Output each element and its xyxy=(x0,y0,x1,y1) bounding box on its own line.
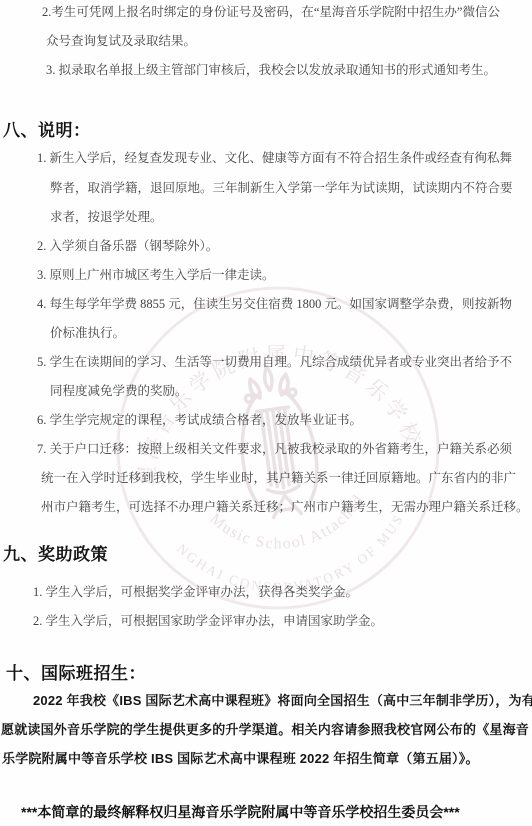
section-8-line: 7. 关于户口迁移：按照上级相关文件要求，凡被我校录取的外省籍考生，户籍关系必须 xyxy=(37,442,512,456)
section-8-line: 统一在入学时迁移到我校，学生毕业时，其户籍关系一律迁回原籍地。广东省内的非广 xyxy=(41,471,516,485)
intro-list-line: 2.考生可凭网上报名时绑定的身份证号及密码，在“星海音乐学院附中招生办”微信公 xyxy=(42,5,500,19)
section-10-heading: 十、国际班招生： xyxy=(6,664,146,684)
section-8-heading: 八、说明： xyxy=(3,121,91,141)
section-9-line: 1. 学生入学后，可根据奖学金评审办法，获得各类奖学金。 xyxy=(33,585,358,599)
section-9-line: 2. 学生入学后，可根据国家助学金评审办法，申请国家助学金。 xyxy=(33,614,383,628)
section-8-line: 弊者，取消学籍，退回原地。三年制新生入学第一学年为试读期，试读期内不符合要 xyxy=(50,181,513,195)
section-8-line: 5. 学生在读期间的学习、生活等一切费用自理。凡综合成绩优异者或专业突出者给予不 xyxy=(37,355,512,369)
section-10-line: 乐学院附属中等音乐学校 IBS 国际艺术高中课程班 2022 年招生简章（第五届… xyxy=(2,751,479,767)
section-8-line: 3. 原则上广州市城区考生入学后一律走读。 xyxy=(37,268,275,282)
section-8-line: 1. 新生入学后，经复查发现专业、文化、健康等方面有不符合招生条件或经查有徇私舞 xyxy=(37,151,512,165)
intro-list-line: 3. 拟录取名单报上级主管部门审核后，我校会以发放录取通知书的形式通知考生。 xyxy=(46,63,496,77)
document-text-layer: 2.考生可凭网上报名时绑定的身份证号及密码，在“星海音乐学院附中招生办”微信公 … xyxy=(0,0,532,826)
section-8-line: 4. 每生每学年学费 8855 元，住读生另交住宿费 1800 元。如国家调整学… xyxy=(37,297,512,311)
intro-list-line: 众号查询复试及录取结果。 xyxy=(46,34,196,48)
section-10-line: 愿就读国外音乐学院的学生提供更多的升学渠道。相关内容请参照我校官网公布的《星海音 xyxy=(1,722,529,738)
document-page: 星海音乐学院附属中等音乐学校 XINGHAI CONSERVATORY OF M… xyxy=(0,0,532,826)
section-8-line: 2. 入学须自备乐器（钢琴除外）。 xyxy=(37,239,218,253)
section-8-line: 价标准执行。 xyxy=(50,326,125,340)
section-8-line: 6. 学生学完规定的课程，考试成绩合格者，发放毕业证书。 xyxy=(37,413,362,427)
footer-note: ***本简章的最终解释权归星海音乐学院附属中等音乐学校招生委员会*** xyxy=(21,804,460,821)
section-8-line: 同程度减免学费的奖励。 xyxy=(50,384,188,398)
section-8-line: 州市户籍考生，可选择不办理户籍关系迁移；广州市户籍考生，无需办理户籍关系迁移。 xyxy=(41,500,529,514)
section-10-line: 2022 年我校《IBS 国际艺术高中课程班》将面向全国招生（高中三年制非学历）… xyxy=(33,693,532,709)
section-9-heading: 九、奖助政策 xyxy=(3,545,108,565)
section-8-line: 求者，按退学处理。 xyxy=(50,210,163,224)
